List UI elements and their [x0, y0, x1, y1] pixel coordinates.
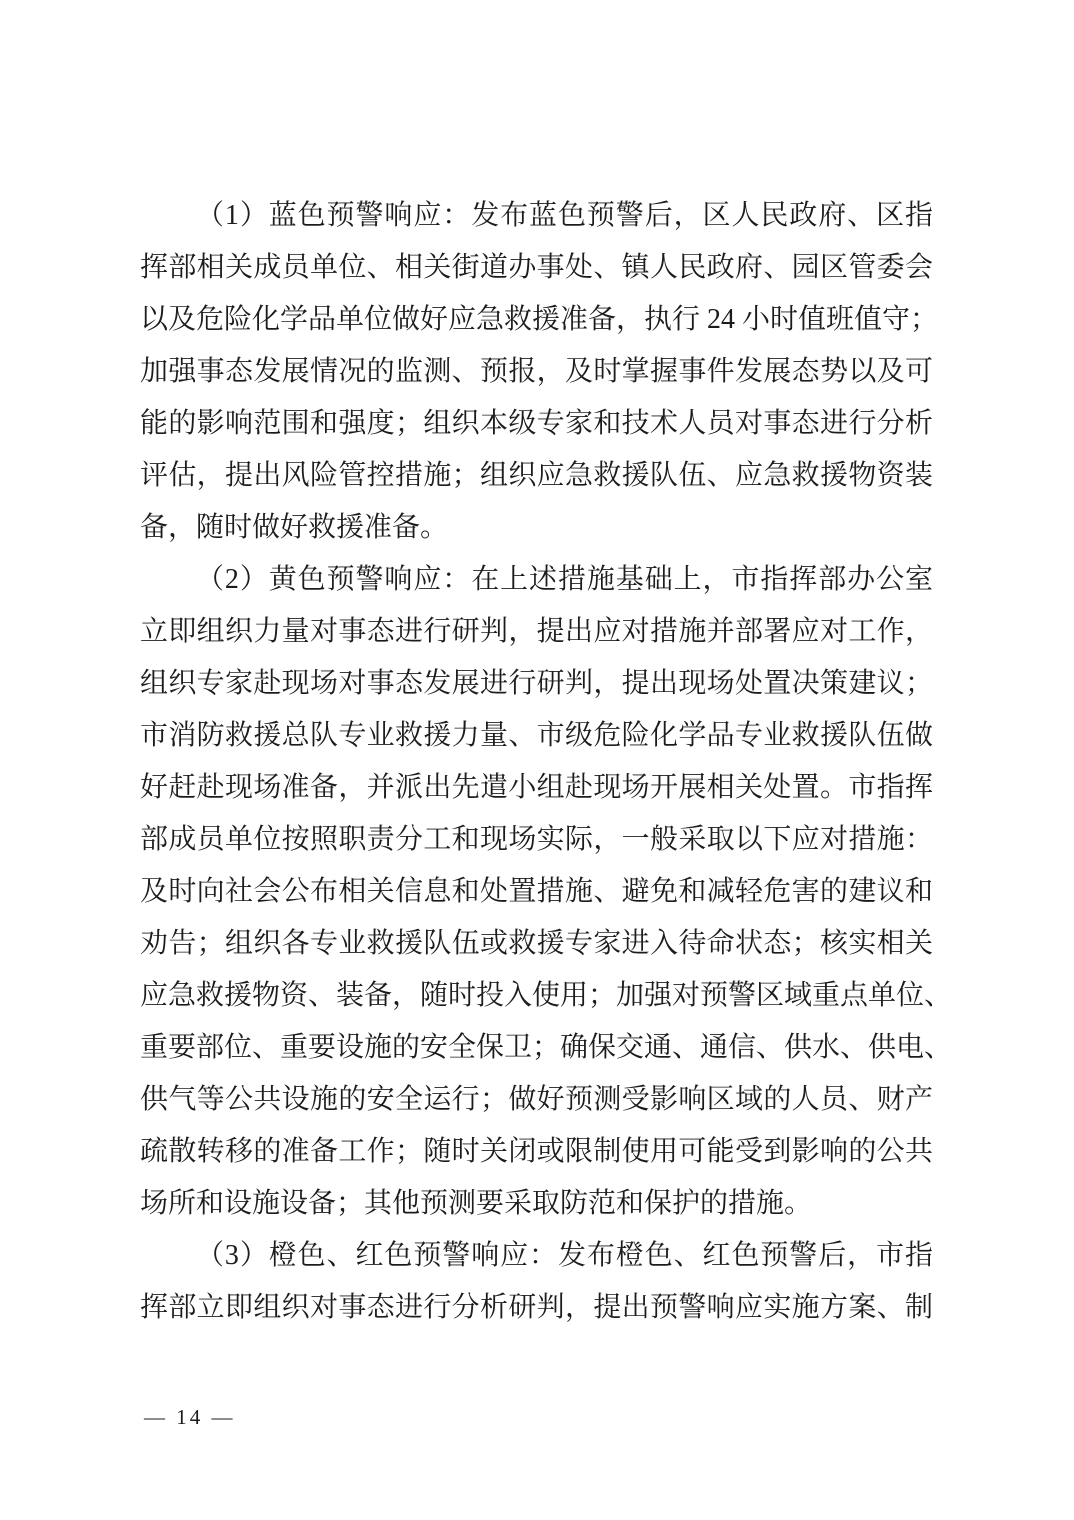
- paragraph-yellow-warning-response: （2）黄色预警响应：在上述措施基础上，市指挥部办公室 立即组织力量对事态进行研判…: [140, 554, 933, 1230]
- page-number: — 14 —: [144, 1402, 236, 1432]
- text-line: 重要部位、重要设施的安全保卫；确保交通、通信、供水、供电、: [140, 1022, 933, 1074]
- text-line: 备，随时做好救援准备。: [140, 502, 933, 554]
- text-line: 应急救援物资、装备，随时投入使用；加强对预警区域重点单位、: [140, 970, 933, 1022]
- text-line: 挥部立即组织对事态进行分析研判，提出预警响应实施方案、制: [140, 1282, 933, 1334]
- text-line: 加强事态发展情况的监测、预报，及时掌握事件发展态势以及可: [140, 346, 933, 398]
- text-line: 及时向社会公布相关信息和处置措施、避免和减轻危害的建议和: [140, 866, 933, 918]
- text-line: 场所和设施设备；其他预测要采取防范和保护的措施。: [140, 1178, 933, 1230]
- text-line: 供气等公共设施的安全运行；做好预测受影响区域的人员、财产: [140, 1074, 933, 1126]
- text-line: （2）黄色预警响应：在上述措施基础上，市指挥部办公室: [140, 554, 933, 606]
- text-line: 挥部相关成员单位、相关街道办事处、镇人民政府、园区管委会: [140, 242, 933, 294]
- document-body: （1）蓝色预警响应：发布蓝色预警后，区人民政府、区指 挥部相关成员单位、相关街道…: [140, 190, 933, 1334]
- text-line: 劝告；组织各专业救援队伍或救援专家进入待命状态；核实相关: [140, 918, 933, 970]
- paragraph-orange-red-warning-response: （3）橙色、红色预警响应：发布橙色、红色预警后，市指 挥部立即组织对事态进行分析…: [140, 1230, 933, 1334]
- text-line: 好赶赴现场准备，并派出先遣小组赴现场开展相关处置。市指挥: [140, 762, 933, 814]
- paragraph-blue-warning-response: （1）蓝色预警响应：发布蓝色预警后，区人民政府、区指 挥部相关成员单位、相关街道…: [140, 190, 933, 554]
- text-line: 以及危险化学品单位做好应急救援准备，执行 24 小时值班值守；: [140, 294, 933, 346]
- text-line: 能的影响范围和强度；组织本级专家和技术人员对事态进行分析: [140, 398, 933, 450]
- text-line: 部成员单位按照职责分工和现场实际，一般采取以下应对措施：: [140, 814, 933, 866]
- text-line: 组织专家赴现场对事态发展进行研判，提出现场处置决策建议；: [140, 658, 933, 710]
- text-line: 立即组织力量对事态进行研判，提出应对措施并部署应对工作，: [140, 606, 933, 658]
- document-page: （1）蓝色预警响应：发布蓝色预警后，区人民政府、区指 挥部相关成员单位、相关街道…: [0, 0, 1074, 1520]
- text-line: 市消防救援总队专业救援力量、市级危险化学品专业救援队伍做: [140, 710, 933, 762]
- text-line: （3）橙色、红色预警响应：发布橙色、红色预警后，市指: [140, 1230, 933, 1282]
- text-line: （1）蓝色预警响应：发布蓝色预警后，区人民政府、区指: [140, 190, 933, 242]
- text-line: 评估，提出风险管控措施；组织应急救援队伍、应急救援物资装: [140, 450, 933, 502]
- text-line: 疏散转移的准备工作；随时关闭或限制使用可能受到影响的公共: [140, 1126, 933, 1178]
